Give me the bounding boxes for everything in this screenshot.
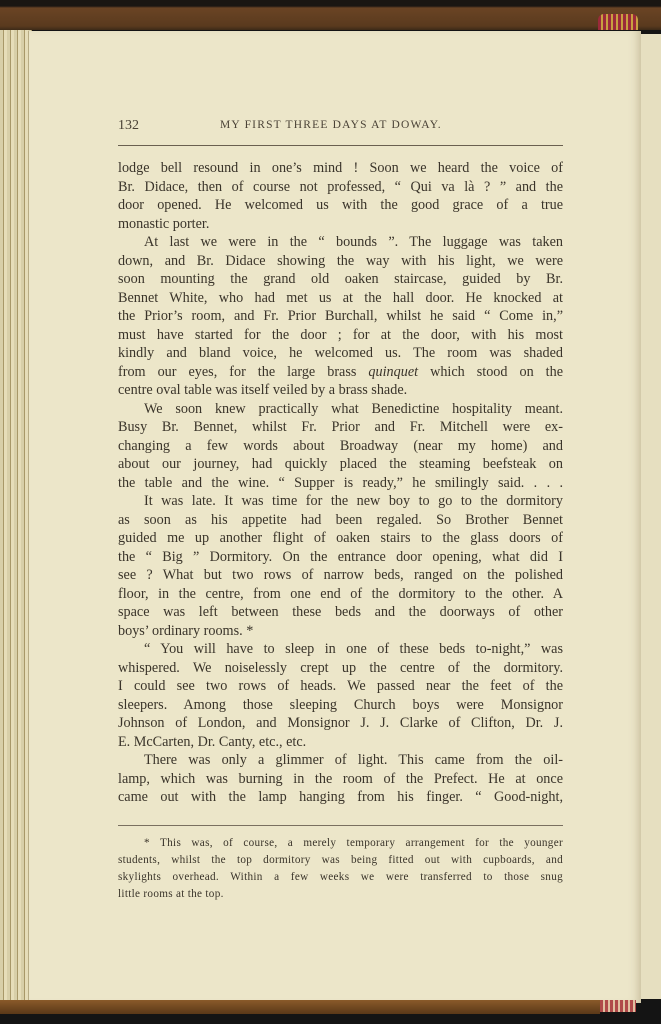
line-text: lodge bell resound in one’s mind ! Soon … xyxy=(118,160,563,176)
line-text: changing a few words about Broadway (nea… xyxy=(118,438,563,454)
body-text: lodge bell resound in one’s mind ! Soon … xyxy=(118,159,563,807)
line-text: about our journey, had quickly placed th… xyxy=(118,456,563,472)
bookmark-ribbon-top xyxy=(598,14,638,30)
line-text: as soon as his appetite had been regaled… xyxy=(118,512,563,528)
line-text: sleepers. Among those sleeping Church bo… xyxy=(118,697,563,713)
line-text: see ? What but two rows of narrow beds, … xyxy=(118,567,563,583)
line-text: It was late. It was time for the new boy… xyxy=(144,493,563,509)
text-line: little rooms at the top. xyxy=(118,886,563,903)
line-text: skylights overhead. Within a few weeks w… xyxy=(118,871,563,883)
text-line: It was late. It was time for the new boy… xyxy=(118,492,563,511)
line-text: lamp, which was burning in the room of t… xyxy=(118,771,563,787)
line-text: There was only a glimmer of light. This … xyxy=(144,752,563,768)
text-line: door opened. He welcomed us with the goo… xyxy=(118,196,563,215)
footnote: * This was, of course, a merely temporar… xyxy=(118,835,563,903)
line-text: At last we were in the “ bounds ”. The l… xyxy=(144,234,563,250)
line-text: Busy Br. Bennet, whilst Fr. Prior and Fr… xyxy=(118,419,563,435)
text-line: came out with the lamp hanging from his … xyxy=(118,788,563,807)
line-text: must have started for the door ; for at … xyxy=(118,327,563,343)
line-text: little rooms at the top. xyxy=(118,888,224,900)
text-line: must have started for the door ; for at … xyxy=(118,326,563,345)
line-text: soon mounting the grand old oaken stairc… xyxy=(118,271,563,287)
line-text: monastic porter. xyxy=(118,216,209,232)
text-line: * This was, of course, a merely temporar… xyxy=(118,835,563,852)
text-line: lamp, which was burning in the room of t… xyxy=(118,770,563,789)
text-line: skylights overhead. Within a few weeks w… xyxy=(118,869,563,886)
footnote-rule xyxy=(118,825,563,826)
text-line: boys’ ordinary rooms. * xyxy=(118,622,563,641)
line-text: the Prior’s room, and Fr. Prior Burchall… xyxy=(118,308,563,324)
line-text: centre oval table was itself veiled by a… xyxy=(118,382,407,398)
line-text: * This was, of course, a merely temporar… xyxy=(144,837,563,849)
bookmark-ribbon-bottom xyxy=(600,1000,636,1012)
text-line: whispered. We noiselessly crept up the c… xyxy=(118,659,563,678)
line-text: We soon knew practically what Benedictin… xyxy=(144,401,563,417)
line-text: down, and Br. Didace showing the way wit… xyxy=(118,253,563,269)
text-line: kindly and bland voice, he welcomed us. … xyxy=(118,344,563,363)
text-line: the “ Big ” Dormitory. On the entrance d… xyxy=(118,548,563,567)
header-rule xyxy=(118,145,563,146)
text-line: down, and Br. Didace showing the way wit… xyxy=(118,252,563,271)
line-text: the table and the wine. “ Supper is read… xyxy=(118,475,563,491)
line-text: came out with the lamp hanging from his … xyxy=(118,789,563,805)
page-header: 132 MY FIRST THREE DAYS AT DOWAY. xyxy=(118,118,563,138)
text-line: as soon as his appetite had been regaled… xyxy=(118,511,563,530)
text-line: I could see two rows of heads. We passed… xyxy=(118,677,563,696)
text-line: centre oval table was itself veiled by a… xyxy=(118,381,563,400)
running-title: MY FIRST THREE DAYS AT DOWAY. xyxy=(220,119,442,131)
line-text: I could see two rows of heads. We passed… xyxy=(118,678,563,694)
text-line: E. McCarten, Dr. Canty, etc., etc. xyxy=(118,733,563,752)
line-text: E. McCarten, Dr. Canty, etc., etc. xyxy=(118,734,306,750)
text-line: from our eyes, for the large brass quinq… xyxy=(118,363,563,382)
text-line: “ You will have to sleep in one of these… xyxy=(118,640,563,659)
text-line: see ? What but two rows of narrow beds, … xyxy=(118,566,563,585)
text-line: floor, in the centre, from one end of th… xyxy=(118,585,563,604)
line-text: guided me up another flight of oaken sta… xyxy=(118,530,563,546)
line-text: kindly and bland voice, he welcomed us. … xyxy=(118,345,563,361)
text-line: guided me up another flight of oaken sta… xyxy=(118,529,563,548)
text-line: Busy Br. Bennet, whilst Fr. Prior and Fr… xyxy=(118,418,563,437)
line-text: “ You will have to sleep in one of these… xyxy=(144,641,563,657)
line-text: whispered. We noiselessly crept up the c… xyxy=(118,660,563,676)
text-line: There was only a glimmer of light. This … xyxy=(118,751,563,770)
page-number: 132 xyxy=(118,118,139,134)
text-line: We soon knew practically what Benedictin… xyxy=(118,400,563,419)
text-line: At last we were in the “ bounds ”. The l… xyxy=(118,233,563,252)
line-text: floor, in the centre, from one end of th… xyxy=(118,586,563,602)
next-page-edge xyxy=(640,34,661,999)
text-line: Br. Didace, then of course not professed… xyxy=(118,178,563,197)
text-line: space was left between these beds and th… xyxy=(118,603,563,622)
line-text: space was left between these beds and th… xyxy=(118,604,563,620)
line-text: the “ Big ” Dormitory. On the entrance d… xyxy=(118,549,563,565)
line-text: Johnson of London, and Monsignor J. J. C… xyxy=(118,715,563,731)
text-line: sleepers. Among those sleeping Church bo… xyxy=(118,696,563,715)
text-line: the Prior’s room, and Fr. Prior Burchall… xyxy=(118,307,563,326)
text-line: monastic porter. xyxy=(118,215,563,234)
text-line: about our journey, had quickly placed th… xyxy=(118,455,563,474)
line-text: students, whilst the top dormitory was b… xyxy=(118,854,563,866)
text-line: Johnson of London, and Monsignor J. J. C… xyxy=(118,714,563,733)
line-text: door opened. He welcomed us with the goo… xyxy=(118,197,563,213)
text-line: Bennet White, who had met us at the hall… xyxy=(118,289,563,308)
text-line: changing a few words about Broadway (nea… xyxy=(118,437,563,456)
text-line: the table and the wine. “ Supper is read… xyxy=(118,474,563,493)
line-text-after: which stood on the xyxy=(430,364,563,380)
line-text: Bennet White, who had met us at the hall… xyxy=(118,290,563,306)
text-line: soon mounting the grand old oaken stairc… xyxy=(118,270,563,289)
italic-word: quinquet xyxy=(368,364,418,380)
line-text: from our eyes, for the large brass xyxy=(118,364,356,380)
line-text: boys’ ordinary rooms. * xyxy=(118,623,253,639)
text-line: lodge bell resound in one’s mind ! Soon … xyxy=(118,159,563,178)
book-cover-bottom-edge xyxy=(0,1000,600,1014)
book-cover-top-edge xyxy=(0,0,661,30)
text-line: students, whilst the top dormitory was b… xyxy=(118,852,563,869)
line-text: Br. Didace, then of course not professed… xyxy=(118,179,563,195)
